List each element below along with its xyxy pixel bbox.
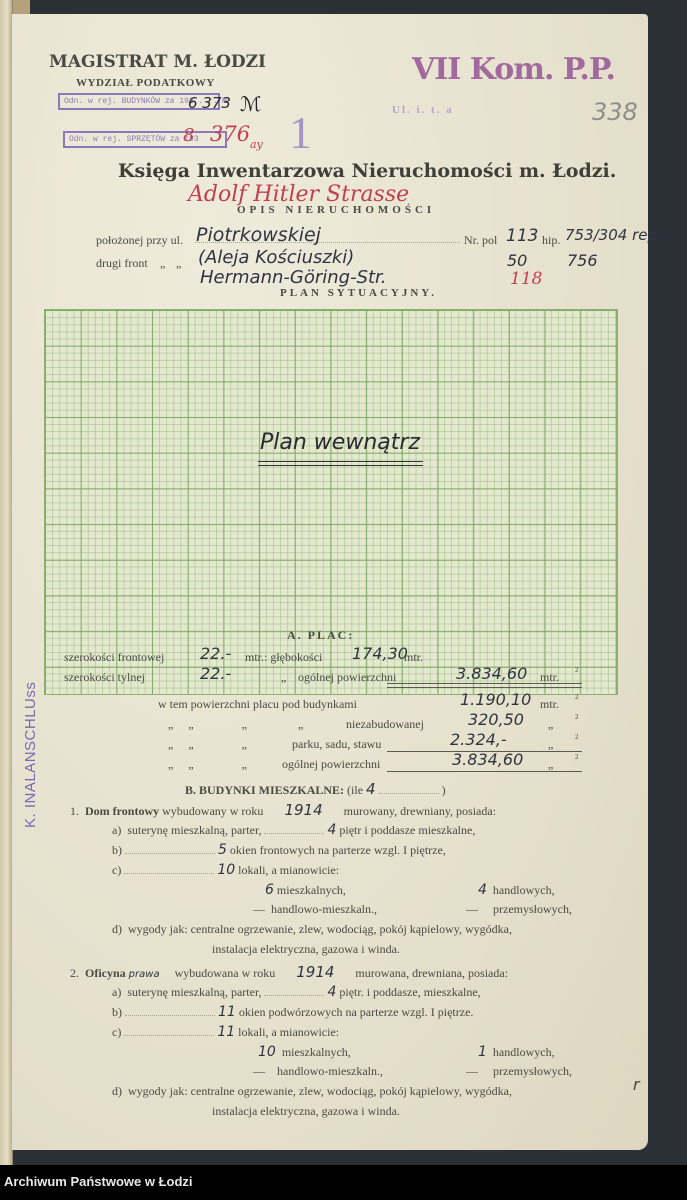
ditto-mark: „: [160, 256, 165, 271]
area-row-value: 3.834,60: [452, 750, 523, 769]
institution-name: MAGISTRAT M. ŁODZI: [49, 52, 266, 72]
square-sup: 2: [575, 666, 579, 674]
square-sup: 2: [575, 713, 579, 721]
plan-note-underline: [258, 461, 423, 466]
total-area-rule: [387, 683, 582, 688]
building-2-residential: 10 mieszkalnych,: [258, 1044, 351, 1060]
front-width-value: 22.-: [200, 644, 231, 663]
registry-stamp-equipment: Odn. w rej. SPRZĘTÓW za 193: [63, 131, 227, 148]
depth-value: 174,30: [352, 644, 408, 663]
building-2-d: d) wygody jak: centralne ogrzewanie, zle…: [112, 1084, 512, 1099]
area-row-unit: „: [548, 717, 553, 732]
square-sup: 2: [575, 733, 579, 741]
renamed-second-street: Hermann-Göring-Str.: [200, 267, 387, 288]
registry-number-buildings: 6 373: [188, 94, 231, 112]
commission-stamp: VII Kom. P.P.: [412, 52, 615, 87]
building-1-b: b) 5 okien frontowych na parterze wzgl. …: [112, 842, 446, 858]
registry-number-equipment: 376: [210, 122, 250, 146]
archive-name: Archiwum Państwowe w Łodzi: [4, 1174, 193, 1189]
ditto-marks: „ „ „: [168, 757, 247, 772]
ditto-mark: „: [281, 670, 286, 685]
registry-suffix: ay: [250, 138, 263, 151]
ditto-mark: „: [176, 256, 181, 271]
building-2-mixed: — handlowo-mieszkaln.,: [253, 1064, 383, 1079]
hip-label: hip.: [542, 233, 560, 248]
area-row-value: 1.190,10: [460, 690, 531, 709]
depth-unit: mtr.: [404, 650, 423, 665]
registry-stamp-label: Odn. w rej. SPRZĘTÓW za 193: [69, 135, 199, 144]
square-sup: 2: [575, 753, 579, 761]
building-1-line: 1. Dom frontowy wybudowany w roku 1914 m…: [70, 801, 496, 819]
building-1-d: d) wygody jak: centralne ogrzewanie, zle…: [112, 922, 512, 937]
area-row-unit: mtr.: [540, 697, 559, 712]
plan-note: Plan wewnątrz: [260, 430, 420, 455]
area-row-value: 2.324,-: [450, 730, 507, 749]
building-2-line: 2. Oficyna prawa wybudowana w roku 1914 …: [70, 963, 508, 981]
ditto-marks: „ „ „ „: [168, 717, 303, 732]
street-name: Piotrkowskiej: [196, 224, 321, 246]
area-rule: [387, 771, 582, 772]
building-1-residential: 6 mieszkalnych,: [265, 882, 346, 898]
second-hip: 756: [567, 251, 598, 270]
second-nr-pol: 50: [507, 251, 527, 270]
corner-mark: r: [633, 1075, 640, 1094]
depth-label: mtr.: głębokości: [245, 650, 322, 665]
area-row-unit: „: [548, 757, 553, 772]
area-row-label: niezabudowanej: [346, 717, 424, 732]
building-1-commercial: 4 handlowych,: [478, 882, 555, 898]
building-1-mixed: — handlowo-mieszkaln.,: [253, 902, 377, 917]
rear-width-label: szerokości tylnej: [64, 670, 145, 685]
second-street-name: (Aleja Kościuszki): [198, 247, 354, 268]
plan-title: PLAN SYTUACYJNY.: [280, 287, 437, 299]
area-row-label: parku, sadu, stawu: [292, 737, 381, 752]
department-name: WYDZIAŁ PODATKOWY: [76, 77, 215, 89]
ditto-marks: „ „ „: [168, 737, 247, 752]
page-title: Księga Inwentarzowa Nieruchomości m. Łod…: [118, 160, 616, 182]
faded-stamp: Ul. i. t. a: [392, 104, 454, 116]
building-2-b: b) 11 okien podwórzowych na parterze wzg…: [112, 1004, 473, 1020]
margin-stamp: K. INALANSCHLUss: [22, 682, 39, 828]
building-2-industrial: — przemysłowych,: [466, 1064, 572, 1079]
front-width-label: szerokości frontowej: [64, 650, 164, 665]
building-1-year: 1914: [284, 801, 322, 819]
buildings-header: B. BUDYNKI MIESZKALNE: (ile 4 ): [185, 780, 446, 798]
archive-footer: Archiwum Państwowe w Łodzi: [0, 1165, 687, 1200]
building-1-industrial: — przemysłowych,: [466, 902, 572, 917]
nr-pol-label: Nr. pol: [464, 233, 497, 248]
renamed-second-nr: 118: [510, 269, 542, 289]
total-area-value: 3.834,60: [456, 664, 527, 683]
plac-title: A. PLAC:: [287, 628, 354, 643]
second-front-label: drugi front: [96, 256, 148, 271]
property-section-title: OPIS NIERUCHOMOŚCI: [237, 204, 435, 216]
building-2-a: a) suterynę mieszkalną, parter, 4 piętr.…: [112, 984, 481, 1000]
total-area-label: ogólnej powierzchni: [298, 670, 396, 685]
building-1-c: c) 10 lokali, a mianowicie:: [112, 862, 339, 878]
building-1-d-cont: instalacja elektryczna, gazowa i winda.: [212, 942, 400, 957]
document-scan: MAGISTRAT M. ŁODZI WYDZIAŁ PODATKOWY Odn…: [0, 0, 687, 1165]
area-row-unit: „: [548, 737, 553, 752]
hip-value: 753/304 rep.: [565, 226, 662, 244]
page-number: 338: [592, 98, 638, 126]
buildings-count: 4: [366, 780, 376, 798]
building-2-year: 1914: [296, 963, 334, 981]
area-row-label: w tem powierzchni placu pod budynkami: [158, 697, 357, 712]
big-number-stamp: 1: [289, 106, 312, 159]
area-row-label: ogólnej powierzchni: [282, 757, 380, 772]
square-sup: 2: [575, 693, 579, 701]
area-row-value: 320,50: [468, 710, 524, 729]
building-1-a: a) suterynę mieszkalną, parter, 4 piętr …: [112, 822, 475, 838]
registry-initials: ℳ: [240, 92, 261, 116]
nr-pol-value: 113: [506, 226, 538, 246]
registry-year-equipment: 8: [183, 125, 194, 146]
building-2-c: c) 11 lokali, a mianowicie:: [112, 1024, 339, 1040]
building-2-d-cont: instalacja elektryczna, gazowa i winda.: [212, 1104, 400, 1119]
rear-width-value: 22.-: [200, 664, 231, 683]
building-2-commercial: 1 handlowych,: [478, 1044, 555, 1060]
located-label: położonej przy ul.: [96, 233, 183, 248]
